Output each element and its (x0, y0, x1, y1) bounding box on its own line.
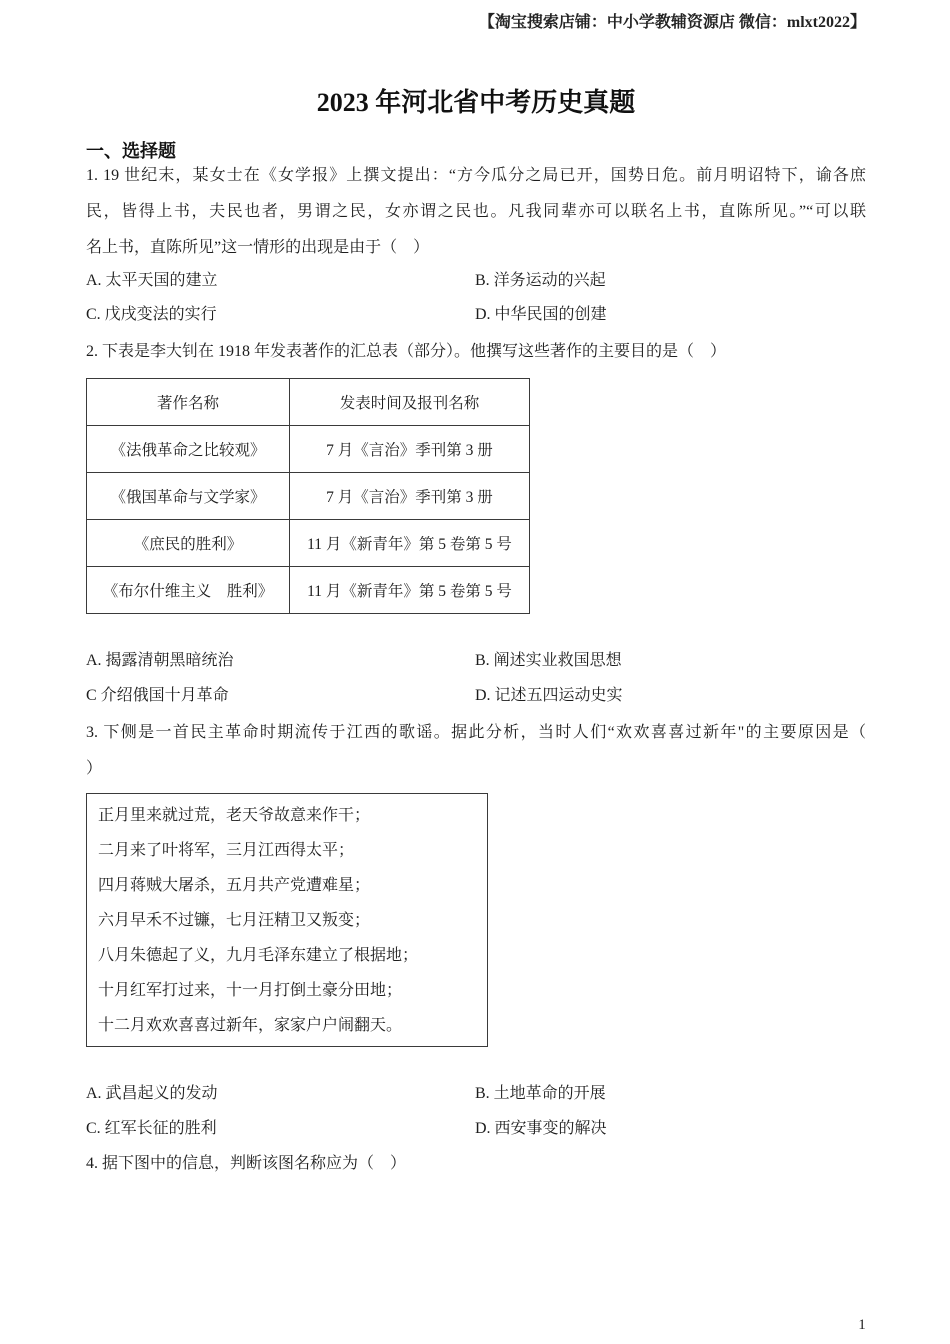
stem-line: 2. 下表是李大钊在 1918 年发表著作的汇总表（部分）。他撰写这些著作的主要… (86, 334, 866, 370)
table-row: 《庶民的胜利》 11 月《新青年》第 5 卷第 5 号 (87, 520, 530, 567)
table-cell: 《庶民的胜利》 (87, 520, 290, 567)
table-header-cell: 著作名称 (87, 379, 290, 426)
table-cell: 7 月《言治》季刊第 3 册 (290, 473, 530, 520)
ballad-box: 正月里来就过荒，老天爷故意来作干； 二月来了叶将军，三月江西得太平； 四月蒋贼大… (86, 793, 488, 1047)
ballad-line: 正月里来就过荒，老天爷故意来作干； (98, 798, 481, 833)
question-3-stem: 3. 下侧是一首民主革命时期流传于江西的歌谣。据此分析，当时人们“欢欢喜喜过新年… (86, 715, 866, 787)
question-3-options: A. 武昌起义的发动 B. 土地革命的开展 C. 红军长征的胜利 D. 西安事变… (86, 1076, 866, 1146)
stem-line: 名上书，直陈所见”这一情形的出现是由于（ ） (86, 230, 866, 266)
shop-watermark: 【淘宝搜索店铺：中小学教辅资源店 微信：mlxt2022】 (86, 6, 866, 40)
table-row: 《俄国革命与文学家》 7 月《言治》季刊第 3 册 (87, 473, 530, 520)
table-header-row: 著作名称 发表时间及报刊名称 (87, 379, 530, 426)
ballad-line: 四月蒋贼大屠杀，五月共产党遭难星； (98, 868, 481, 903)
option-item-c: C 介绍俄国十月革命 (86, 678, 475, 713)
table-row: 《法俄革命之比较观》 7 月《言治》季刊第 3 册 (87, 426, 530, 473)
table-cell: 《法俄革命之比较观》 (87, 426, 290, 473)
stem-line: ） (86, 751, 866, 787)
table-row: 《布尔什维主义 胜利》 11 月《新青年》第 5 卷第 5 号 (87, 567, 530, 614)
question-1-options: A. 太平天国的建立 B. 洋务运动的兴起 C. 戊戌变法的实行 D. 中华民国… (86, 264, 866, 332)
option-item-d: D. 记述五四运动史实 (475, 678, 866, 713)
table-header-cell: 发表时间及报刊名称 (290, 379, 530, 426)
option-item-b: B. 洋务运动的兴起 (475, 264, 866, 298)
stem-line: 3. 下侧是一首民主革命时期流传于江西的歌谣。据此分析，当时人们“欢欢喜喜过新年… (86, 715, 866, 751)
stem-line: 1. 19 世纪末，某女士在《女学报》上撰文提出：“方今瓜分之局已开，国势日危。… (86, 158, 866, 194)
question-4-stem: 4. 据下图中的信息，判断该图名称应为（ ） (86, 1146, 866, 1182)
option-item-b: B. 阐述实业救国思想 (475, 643, 866, 678)
ballad-line: 八月朱德起了义，九月毛泽东建立了根据地； (98, 938, 481, 973)
option-item-d: D. 西安事变的解决 (475, 1111, 866, 1146)
page-number: 1 (850, 1312, 874, 1338)
table-cell: 《布尔什维主义 胜利》 (87, 567, 290, 614)
document-page: 【淘宝搜索店铺：中小学教辅资源店 微信：mlxt2022】 2023 年河北省中… (0, 0, 950, 1344)
ballad-line: 六月早禾不过镰，七月汪精卫又叛变； (98, 903, 481, 938)
table-cell: 11 月《新青年》第 5 卷第 5 号 (290, 520, 530, 567)
option-item-b: B. 土地革命的开展 (475, 1076, 866, 1111)
ballad-line: 二月来了叶将军，三月江西得太平； (98, 833, 481, 868)
question-1-stem: 1. 19 世纪末，某女士在《女学报》上撰文提出：“方今瓜分之局已开，国势日危。… (86, 158, 866, 266)
page-content: 【淘宝搜索店铺：中小学教辅资源店 微信：mlxt2022】 2023 年河北省中… (86, 0, 866, 1344)
ballad-line: 十月红军打过来，十一月打倒土豪分田地； (98, 973, 481, 1008)
table-cell: 7 月《言治》季刊第 3 册 (290, 426, 530, 473)
table-cell: 《俄国革命与文学家》 (87, 473, 290, 520)
option-item-a: A. 太平天国的建立 (86, 264, 475, 298)
doc-title: 2023 年河北省中考历史真题 (86, 85, 866, 121)
option-item-c: C. 戊戌变法的实行 (86, 298, 475, 332)
question-2-stem: 2. 下表是李大钊在 1918 年发表著作的汇总表（部分）。他撰写这些著作的主要… (86, 334, 866, 370)
ballad-line: 十二月欢欢喜喜过新年，家家户户闹翻天。 (98, 1008, 481, 1043)
option-item-d: D. 中华民国的创建 (475, 298, 866, 332)
stem-line: 4. 据下图中的信息，判断该图名称应为（ ） (86, 1146, 866, 1182)
question-2-options: A. 揭露清朝黑暗统治 B. 阐述实业救国思想 C 介绍俄国十月革命 D. 记述… (86, 643, 866, 713)
option-item-a: A. 武昌起义的发动 (86, 1076, 475, 1111)
option-item-c: C. 红军长征的胜利 (86, 1111, 475, 1146)
stem-line: 民，皆得上书，夫民也者，男谓之民，女亦谓之民也。凡我同辈亦可以联名上书，直陈所见… (86, 194, 866, 230)
table-cell: 11 月《新青年》第 5 卷第 5 号 (290, 567, 530, 614)
works-table: 著作名称 发表时间及报刊名称 《法俄革命之比较观》 7 月《言治》季刊第 3 册… (86, 378, 530, 614)
option-item-a: A. 揭露清朝黑暗统治 (86, 643, 475, 678)
